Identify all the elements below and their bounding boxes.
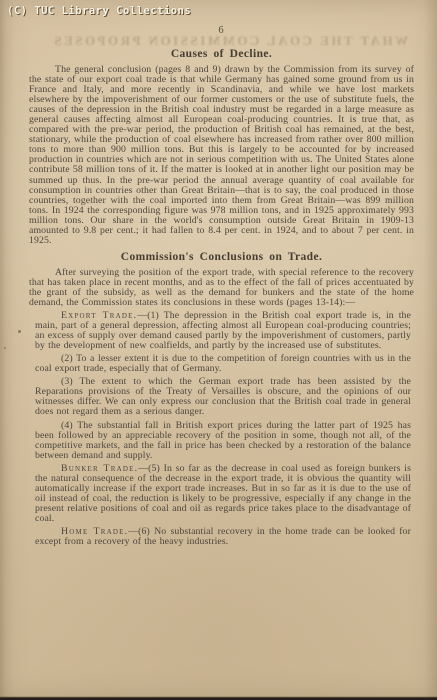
scanned-page: WHAT THE COAL COMMISSION PROPOSES (C) TU… [0, 0, 437, 700]
paragraph-conclusion-3: (3) The extent to which the German expor… [35, 377, 411, 417]
page-content: 6 Causes of Decline. The general conclus… [29, 25, 414, 550]
paragraph-bunker-trade: Bunker Trade.—(5) In so far as the decre… [35, 464, 411, 524]
section-heading-commissions-conclusions: Commission's Conclusions on Trade. [29, 251, 414, 263]
paper-speck [4, 347, 6, 349]
paragraph-conclusion-2: (2) To a lesser extent it is due to the … [35, 354, 411, 374]
paragraph-conclusion-4: (4) The substantial fall in British expo… [35, 421, 411, 461]
paper-speck [18, 330, 21, 333]
paragraph-general-conclusion: The general conclusion (pages 8 and 9) d… [29, 65, 414, 246]
paragraph-export-trade: Export Trade.—(1) The depression in the … [35, 311, 411, 351]
section-heading-causes-of-decline: Causes of Decline. [29, 48, 414, 60]
paragraph-after-surveying: After surveying the position of the expo… [29, 268, 414, 308]
library-watermark: (C) TUC Library Collections [7, 5, 191, 17]
paragraph-home-trade: Home Trade.—(6) No substantial recovery … [35, 527, 411, 547]
page-number: 6 [29, 25, 414, 36]
bunker-trade-text: —(5) In so far as the decrease in coal u… [35, 463, 411, 524]
scan-bottom-edge [0, 696, 437, 700]
